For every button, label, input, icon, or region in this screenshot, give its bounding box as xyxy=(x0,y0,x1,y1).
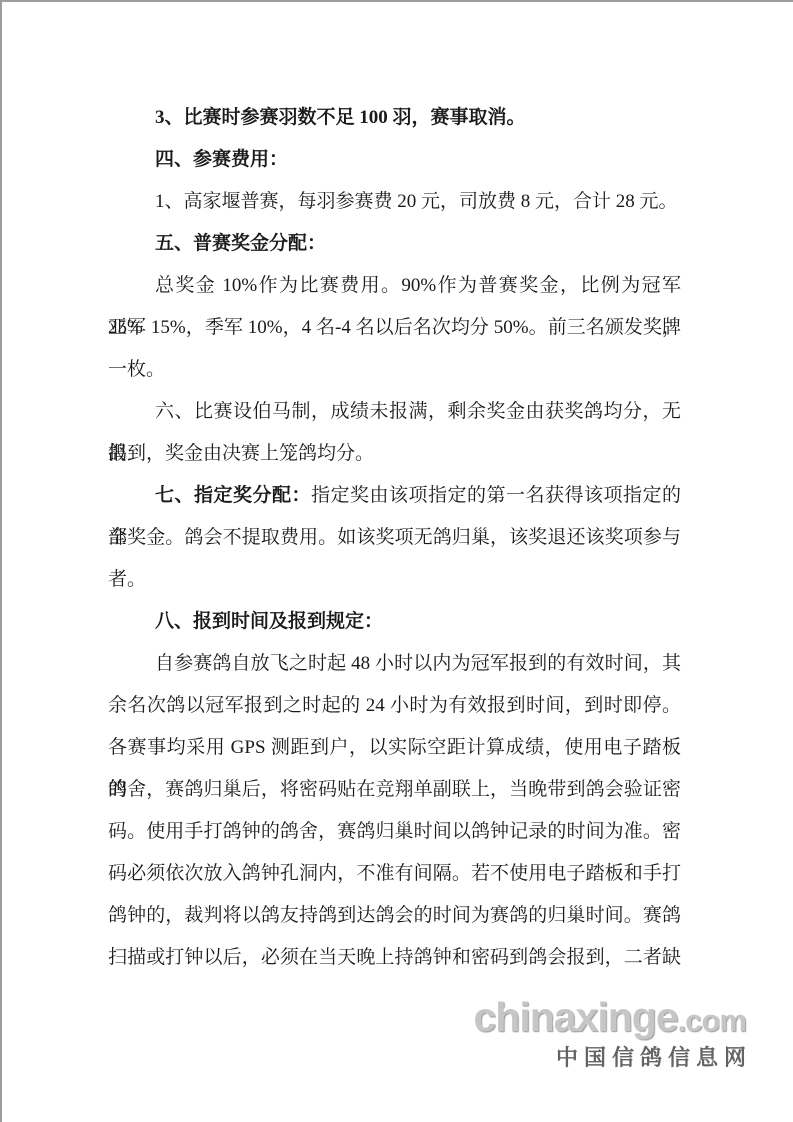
page-top-border-line xyxy=(0,0,793,2)
text-segment: 自参赛鸽自放飞之时起 48 小时以内为冠军报到的有效时间，其 xyxy=(155,653,681,674)
text-segment: 码。使用手打鸽钟的鸽舍，赛鸽归巢时间以鸽钟记录的时间为准。密 xyxy=(108,821,681,842)
document-body: 3、比赛时参赛羽数不足 100 羽，赛事取消。四、参赛费用：1、高家堰普赛，每羽… xyxy=(108,97,681,979)
text-line: 一枚。 xyxy=(108,349,681,391)
text-segment: 报到，奖金由决赛上笼鸽均分。 xyxy=(108,443,374,464)
site-logo-text: chinaxinge xyxy=(473,994,677,1040)
text-line: 总奖金 10%作为比赛费用。90%作为普赛奖金，比例为冠军 25% ， xyxy=(108,265,681,307)
text-line: 鸽舍，赛鸽归巢后，将密码贴在竞翔单副联上，当晚带到鸽会验证密 xyxy=(108,769,681,811)
text-line: 码必须依次放入鸽钟孔洞内，不准有间隔。若不使用电子踏板和手打 xyxy=(108,853,681,895)
text-line: 3、比赛时参赛羽数不足 100 羽，赛事取消。 xyxy=(108,97,681,139)
text-segment: 一枚。 xyxy=(108,359,165,380)
text-line: 六、比赛设伯马制，成绩未报满，剩余奖金由获奖鸽均分，无鸽 xyxy=(108,391,681,433)
text-segment: 扫描或打钟以后，必须在当天晚上持鸽钟和密码到鸽会报到，二者缺 xyxy=(108,947,681,968)
text-line: 部奖金。鸽会不提取费用。如该奖项无鸽归巢，该奖退还该奖项参与 xyxy=(108,517,681,559)
text-line: 1、高家堰普赛，每羽参赛费 20 元，司放费 8 元，合计 28 元。 xyxy=(108,181,681,223)
text-line: 者。 xyxy=(108,559,681,601)
text-segment: 码必须依次放入鸽钟孔洞内，不准有间隔。若不使用电子踏板和手打 xyxy=(108,863,681,884)
site-logo-domain-suffix: .com xyxy=(678,1003,746,1038)
text-segment: 鸽钟的，裁判将以鸽友持鸽到达鸽会的时间为赛鸽的归巢时间。赛鸽 xyxy=(108,905,681,926)
page-left-border-line xyxy=(0,0,2,1122)
text-line: 亚军 15%，季军 10%，4 名-4 名以后名次均分 50%。前三名颁发奖牌 xyxy=(108,307,681,349)
text-segment: 者。 xyxy=(108,569,146,590)
text-segment: 余名次鸽以冠军报到之时起的 24 小时为有效报到时间，到时即停。 xyxy=(108,695,681,716)
text-segment: 1、高家堰普赛，每羽参赛费 20 元，司放费 8 元，合计 28 元。 xyxy=(155,191,678,212)
text-line: 扫描或打钟以后，必须在当天晚上持鸽钟和密码到鸽会报到，二者缺 xyxy=(108,937,681,979)
text-line: 五、普赛奖金分配： xyxy=(108,223,681,265)
text-line: 各赛事均采用 GPS 测距到户，以实际空距计算成绩，使用电子踏板的 xyxy=(108,727,681,769)
text-segment: 亚军 15%，季军 10%，4 名-4 名以后名次均分 50%。前三名颁发奖牌 xyxy=(108,317,681,338)
text-segment-bold: 七、指定奖分配： xyxy=(155,485,311,506)
text-segment-bold: 八、报到时间及报到规定： xyxy=(155,611,383,632)
site-name: 中国信鸽信息网 xyxy=(468,1046,752,1070)
text-line: 七、指定奖分配：指定奖由该项指定的第一名获得该项指定的全 xyxy=(108,475,681,517)
text-line: 鸽钟的，裁判将以鸽友持鸽到达鸽会的时间为赛鸽的归巢时间。赛鸽 xyxy=(108,895,681,937)
watermark: chinaxinge.com 中国信鸽信息网 xyxy=(468,994,746,1070)
text-line: 码。使用手打鸽钟的鸽舍，赛鸽归巢时间以鸽钟记录的时间为准。密 xyxy=(108,811,681,853)
text-segment: 鸽舍，赛鸽归巢后，将密码贴在竞翔单副联上，当晚带到鸽会验证密 xyxy=(108,779,681,800)
text-line: 余名次鸽以冠军报到之时起的 24 小时为有效报到时间，到时即停。 xyxy=(108,685,681,727)
text-segment: 部奖金。鸽会不提取费用。如该奖项无鸽归巢，该奖退还该奖项参与 xyxy=(108,527,681,548)
text-line: 自参赛鸽自放飞之时起 48 小时以内为冠军报到的有效时间，其 xyxy=(108,643,681,685)
text-line: 八、报到时间及报到规定： xyxy=(108,601,681,643)
text-segment-bold: 3、比赛时参赛羽数不足 100 羽，赛事取消。 xyxy=(155,107,526,128)
text-segment-bold: 五、普赛奖金分配： xyxy=(155,233,326,254)
text-segment-bold: 四、参赛费用： xyxy=(155,149,288,170)
document-page: { "colors": { "frame_line": "#9d9da1", "… xyxy=(0,0,793,1122)
text-line: 报到，奖金由决赛上笼鸽均分。 xyxy=(108,433,681,475)
text-line: 四、参赛费用： xyxy=(108,139,681,181)
site-logo: chinaxinge.com xyxy=(468,994,746,1044)
